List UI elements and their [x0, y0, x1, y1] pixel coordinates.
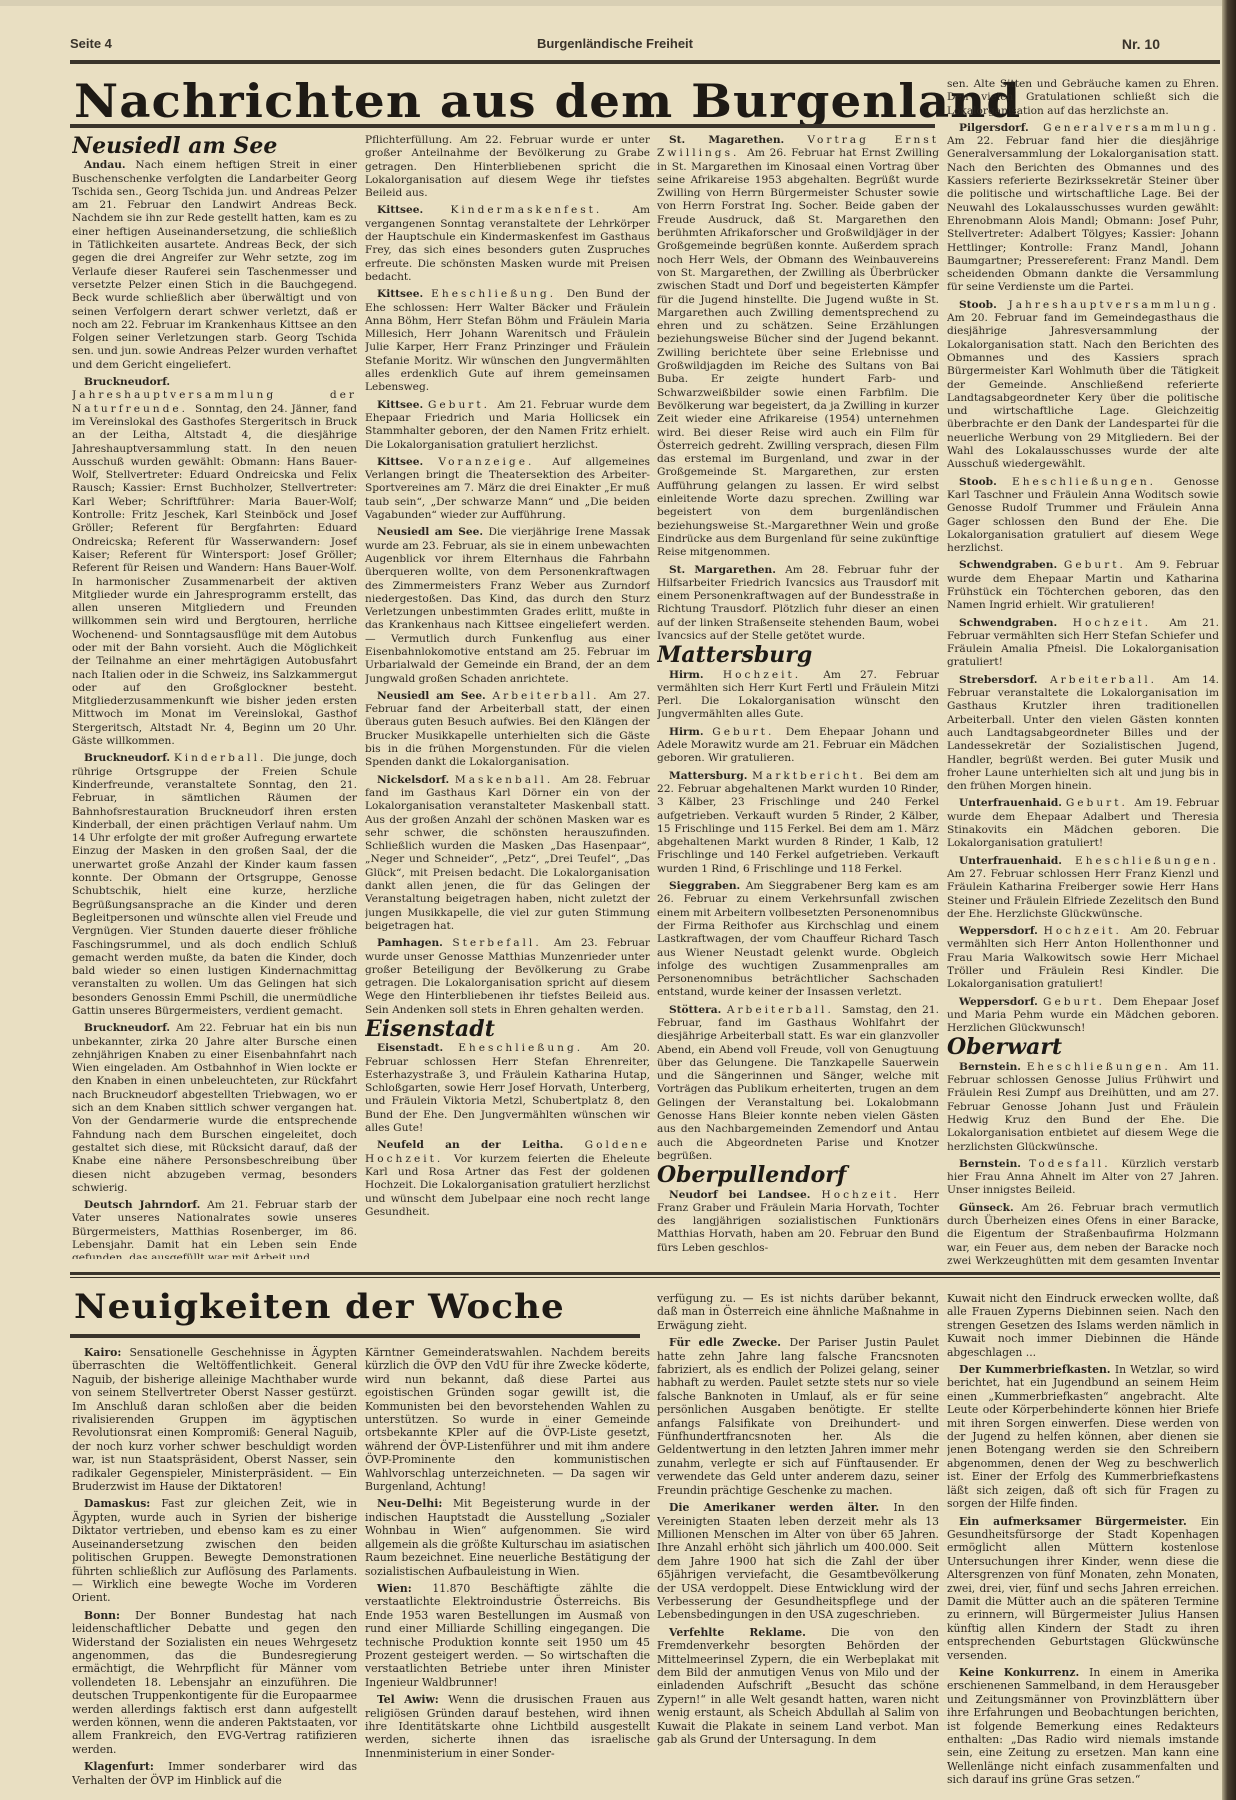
news-item: Schwendgraben. Geburt. Am 9. Februar wur… [947, 559, 1219, 612]
item-text: Am 20. Februar schlossen Herr Stefan Ehr… [365, 1042, 650, 1134]
news-item: Neusiedl am See. Die vierjährige Irene M… [365, 526, 650, 686]
dateline: Bruckneudorf. [84, 1022, 176, 1034]
dateline: Deutsch Jahrndorf. [84, 1199, 207, 1211]
section-heading: Oberwart [947, 1041, 1219, 1054]
top-column-4: sen. Alte Sitten und Gebräuche kamen zu … [947, 78, 1219, 1268]
item-text: Am 28. Februar fand im Gasthaus Karl Dör… [365, 774, 650, 932]
dateline: Bonn: [84, 1609, 135, 1622]
dateline: Andau. [84, 159, 135, 171]
news-item: Bruckneudorf. Am 22. Februar hat ein bis… [72, 1022, 357, 1195]
item-kicker: Eheschließungen. [1012, 476, 1174, 488]
dateline: Mattersburg. [669, 770, 752, 782]
dateline: Schwendgraben. [959, 559, 1064, 571]
dateline: Nickelsdorf. [377, 774, 455, 786]
dateline: Unterfrauenhaid. [959, 855, 1075, 867]
news-item: Pilgersdorf. Generalversammlung. Am 22. … [947, 122, 1219, 295]
banner-neuigkeiten: Neuigkeiten der Woche [74, 1290, 565, 1324]
news-item: Kärntner Gemeinderatswahlen. Nachdem ber… [365, 1346, 650, 1493]
item-text: Am Sieggrabener Berg kam es am 26. Febru… [657, 880, 939, 998]
item-text: Am 11. Februar schlossen Genosse Julius … [947, 1061, 1219, 1153]
dateline: Unterfrauenhaid. [959, 797, 1066, 809]
news-item: Bernstein. Todesfall. Kürzlich verstarb … [947, 1158, 1219, 1198]
dateline: Verfehlte Reklame. [669, 1626, 831, 1639]
news-item: Weppersdorf. Geburt. Dem Ehepaar Josef u… [947, 996, 1219, 1036]
dateline: Neusiedl am See. [377, 526, 488, 538]
page-binding-edge [1222, 0, 1236, 1800]
news-item: Damaskus: Fast zur gleichen Zeit, wie in… [72, 1497, 357, 1604]
dateline: Bruckneudorf. [84, 376, 170, 388]
item-text: Sensationelle Geschehnisse in Ägypten üb… [72, 1346, 357, 1493]
top-column-2: Pflichterfüllung. Am 22. Februar wurde e… [365, 134, 650, 1259]
top-column-3: St. Magarethen. Vortrag Ernst Zwillings.… [657, 134, 939, 1259]
news-item: St. Margarethen. Am 28. Februar fuhr der… [657, 564, 939, 644]
item-text: Am 22. Februar fand hier die diesjährige… [947, 135, 1219, 293]
news-item: Neusiedl am See. Arbeiterball. Am 27. Fe… [365, 690, 650, 770]
item-text: verfügung zu. — Es ist nichts darüber be… [657, 1292, 939, 1332]
item-text: Samstag, den 21. Februar, fand im Gastha… [657, 1004, 939, 1162]
news-item: Bernstein. Eheschließungen. Am 11. Febru… [947, 1061, 1219, 1154]
dateline: Kairo: [84, 1346, 129, 1359]
news-item: Nickelsdorf. Maskenball. Am 28. Februar … [365, 774, 650, 934]
news-item: Neufeld an der Leitha. Goldene Hochzeit.… [365, 1139, 650, 1219]
dateline: Eisenstadt. [377, 1042, 458, 1054]
news-item: Kittsee. Kindermaskenfest. Am vergangene… [365, 204, 650, 284]
section-heading: Eisenstadt [365, 1023, 650, 1036]
item-kicker: Hochzeit. [723, 669, 823, 681]
item-text: Nach einem heftigen Streit in einer Busc… [72, 159, 357, 370]
bottom-column-4: Kuwait nicht den Eindruck erwecken wollt… [947, 1292, 1219, 1786]
news-item: Schwendgraben. Hochzeit. Am 21. Februar … [947, 617, 1219, 670]
news-item: Keine Konkurrenz. In einem in Amerika er… [947, 1666, 1219, 1786]
item-kicker: Eheschließungen. [1027, 1061, 1179, 1073]
dateline: Klagenfurt: [84, 1760, 168, 1773]
item-kicker: Hochzeit. [1044, 925, 1131, 937]
news-item: Unterfrauenhaid. Eheschließungen. Am 27.… [947, 855, 1219, 921]
item-kicker: Maskenball. [455, 774, 562, 786]
news-item: Deutsch Jahrndorf. Am 21. Februar starb … [72, 1199, 357, 1259]
dateline: Schwendgraben. [959, 617, 1073, 629]
dateline: Neu-Delhi: [377, 1497, 453, 1510]
news-item: Kuwait nicht den Eindruck erwecken wollt… [947, 1292, 1219, 1359]
item-kicker: Eheschließung. [431, 288, 567, 300]
dateline: Kittsee. [377, 204, 450, 216]
news-item: Strebersdorf. Arbeiterball. Am 14. Febru… [947, 674, 1219, 794]
dateline: Kittsee. [377, 399, 428, 411]
news-item: Tel Awiw: Wenn die drusischen Frauen aus… [365, 1693, 650, 1760]
section-divider-2 [70, 1277, 1220, 1278]
dateline: Strebersdorf. [959, 674, 1050, 686]
news-item: verfügung zu. — Es ist nichts darüber be… [657, 1292, 939, 1332]
news-item: Bruckneudorf. Kinderball. Die junge, doc… [72, 752, 357, 1018]
dateline: Für edle Zwecke. [669, 1336, 790, 1349]
news-item: Hirm. Geburt. Dem Ehepaar Johann und Ade… [657, 726, 939, 766]
news-item: Für edle Zwecke. Der Pariser Justin Paul… [657, 1336, 939, 1497]
news-item: St. Magarethen. Vortrag Ernst Zwillings.… [657, 134, 939, 560]
news-item: Weppersdorf. Hochzeit. Am 20. Februar ve… [947, 925, 1219, 991]
dateline: Neudorf bei Landsee. [669, 1189, 821, 1201]
banner-rule-bottom [70, 1334, 640, 1338]
dateline: Keine Konkurrenz. [959, 1666, 1089, 1679]
item-text: Den Bund der Ehe schlossen: Herr Walter … [365, 288, 650, 393]
item-kicker: Geburt. [712, 726, 785, 738]
item-kicker: Hochzeit. [1073, 617, 1169, 629]
item-kicker: Geburt. [1043, 996, 1113, 1008]
dateline: Stoob. [959, 476, 1012, 488]
dateline: Hirm. [669, 726, 712, 738]
dateline: Günseck. [959, 1202, 1022, 1214]
item-kicker: Eheschließungen. [1075, 855, 1219, 867]
dateline: Tel Awiw: [377, 1693, 448, 1706]
top-column-1: Neusiedl am SeeAndau. Nach einem heftige… [72, 134, 357, 1259]
item-kicker: Sterbefall. [452, 937, 554, 949]
news-item: Bruckneudorf. Jahreshauptversammlung der… [72, 376, 357, 748]
news-item: Wien: 11.870 Beschäftigte zählte die ver… [365, 1582, 650, 1689]
news-item: Neu-Delhi: Mit Begeisterung wurde in der… [365, 1497, 650, 1577]
dateline: Damaskus: [84, 1497, 161, 1510]
item-text: Sonntag, den 24. Jänner, fand im Vereins… [72, 403, 357, 747]
item-text: Der Pariser Justin Paulet hatte zehn Jah… [657, 1336, 939, 1496]
dateline: Neufeld an der Leitha. [377, 1139, 585, 1151]
item-text: Am 27. Februar schlossen Herr Franz Kien… [947, 868, 1219, 920]
dateline: Stöttera. [669, 1004, 727, 1016]
news-item: Stoob. Jahreshauptversammlung. Am 20. Fe… [947, 299, 1219, 472]
header-rule [70, 60, 1220, 64]
item-text: Ein Gesundheitsfürsorge der Stadt Kopenh… [947, 1515, 1219, 1662]
banner-nachrichten: Nachrichten aus dem Burgenland [74, 78, 1021, 124]
section-heading: Mattersburg [657, 649, 939, 662]
news-item: Unterfrauenhaid. Geburt. Am 19. Februar … [947, 797, 1219, 850]
dateline: St. Margarethen. [669, 564, 785, 576]
news-item: sen. Alte Sitten und Gebräuche kamen zu … [947, 78, 1219, 118]
banner-rule-top [70, 124, 935, 128]
item-text: Bei dem am 22. Februar abgehaltenen Mark… [657, 770, 939, 875]
bottom-column-3: verfügung zu. — Es ist nichts darüber be… [657, 1292, 939, 1786]
dateline: Sieggraben. [669, 880, 746, 892]
item-text: Am 20. Februar fand im Gemeindegasthaus … [947, 312, 1219, 470]
item-kicker: Arbeiterball. [493, 690, 609, 702]
item-kicker: Eheschließung. [458, 1042, 601, 1054]
news-item: Stöttera. Arbeiterball. Samstag, den 21.… [657, 1004, 939, 1164]
item-text: Pflichterfüllung. Am 22. Februar wurde e… [365, 134, 650, 199]
news-item: Bonn: Der Bonner Bundestag hat nach leid… [72, 1609, 357, 1756]
scan-top-strip [0, 0, 1236, 6]
item-kicker: Kinderball. [174, 752, 273, 764]
item-text: Die von den Fremdenverkehr besorgten Beh… [657, 1626, 939, 1746]
news-item: Pflichterfüllung. Am 22. Februar wurde e… [365, 134, 650, 200]
item-kicker: Generalversammlung. [1043, 122, 1219, 134]
item-kicker: Arbeiterball. [727, 1004, 842, 1016]
news-item: Pamhagen. Sterbefall. Am 23. Februar wur… [365, 937, 650, 1017]
dateline: Hirm. [669, 669, 723, 681]
dateline: St. Magarethen. [669, 134, 807, 146]
news-item: Die Amerikaner werden älter. In den Vere… [657, 1501, 939, 1622]
news-item: Ein aufmerksamer Bürgermeister. Ein Gesu… [947, 1515, 1219, 1662]
item-kicker: Voranzeige. [438, 456, 552, 468]
news-item: Kairo: Sensationelle Geschehnisse in Ägy… [72, 1346, 357, 1493]
item-text: Kärntner Gemeinderatswahlen. Nachdem ber… [365, 1346, 650, 1493]
item-kicker: Arbeiterball. [1050, 674, 1172, 686]
item-text: 11.870 Beschäftigte zählte die verstaatl… [365, 1582, 650, 1689]
item-kicker: Kindermaskenfest. [450, 204, 632, 216]
dateline: Bruckneudorf. [84, 752, 174, 764]
dateline: Die Amerikaner werden älter. [669, 1501, 894, 1514]
news-item: Klagenfurt: Immer sonderbarer wird das V… [72, 1760, 357, 1786]
news-item: Andau. Nach einem heftigen Streit in ein… [72, 159, 357, 372]
section-heading: Oberpullendorf [657, 1169, 939, 1182]
bottom-column-2: Kärntner Gemeinderatswahlen. Nachdem ber… [365, 1346, 650, 1786]
item-text: Am 14. Februar veranstaltete die Lokalor… [947, 674, 1219, 792]
news-item: Kittsee. Geburt. Am 21. Februar wurde de… [365, 399, 650, 452]
dateline: Bernstein. [959, 1061, 1027, 1073]
item-text: Fast zur gleichen Zeit, wie in Ägypten, … [72, 1497, 357, 1604]
dateline: Neusiedl am See. [377, 690, 493, 702]
item-kicker: Jahreshauptversammlung. [1008, 299, 1219, 311]
news-item: Der Kummerbriefkasten. In Wetzlar, so wi… [947, 1363, 1219, 1510]
section-divider [70, 1272, 1220, 1275]
dateline: Ein aufmerksamer Bürgermeister. [959, 1515, 1201, 1528]
item-text: In den Vereinigten Staaten leben derzeit… [657, 1501, 939, 1621]
news-item: Stoob. Eheschließungen. Genosse Karl Tas… [947, 476, 1219, 556]
news-item: Kittsee. Eheschließung. Den Bund der Ehe… [365, 288, 650, 394]
item-kicker: Marktbericht. [752, 770, 873, 782]
item-text: Am 26. Februar hat Ernst Zwilling in St.… [657, 147, 939, 558]
bottom-column-1: Kairo: Sensationelle Geschehnisse in Ägy… [72, 1346, 357, 1786]
item-text: Die vierjährige Irene Massak wurde am 23… [365, 526, 650, 684]
item-text: In Wetzlar, so wird berichtet, hat ein J… [947, 1363, 1219, 1510]
newspaper-title: Burgenländische Freiheit [70, 36, 1160, 51]
item-text: In einem in Amerika erschienenen Sammelb… [947, 1666, 1219, 1786]
news-item: Sieggraben. Am Sieggrabener Berg kam es … [657, 880, 939, 1000]
news-item: Mattersburg. Marktbericht. Bei dem am 22… [657, 770, 939, 876]
dateline: Kittsee. [377, 288, 431, 300]
item-kicker: Hochzeit. [821, 1189, 913, 1201]
item-text: Am 22. Februar hat ein bis nun unbekannt… [72, 1022, 357, 1194]
issue-number: Nr. 10 [1122, 36, 1160, 52]
item-text: Kuwait nicht den Eindruck erwecken wollt… [947, 1292, 1219, 1359]
item-kicker: Geburt. [1066, 797, 1135, 809]
news-item: Günseck. Am 26. Februar brach vermutlich… [947, 1202, 1219, 1268]
item-text: Die junge, doch rührige Ortsgruppe der F… [72, 752, 357, 1017]
item-kicker: Geburt. [1064, 559, 1135, 571]
dateline: Der Kummerbriefkasten. [959, 1363, 1115, 1376]
dateline: Pamhagen. [377, 937, 452, 949]
dateline: Stoob. [959, 299, 1008, 311]
news-item: Kittsee. Voranzeige. Auf allgemeines Ver… [365, 456, 650, 522]
news-item: Verfehlte Reklame. Die von den Fremdenve… [657, 1626, 939, 1747]
item-text: Der Bonner Bundestag hat nach leidenscha… [72, 1609, 357, 1756]
running-head: Seite 4 Burgenländische Freiheit Nr. 10 [70, 36, 1160, 58]
item-text: sen. Alte Sitten und Gebräuche kamen zu … [947, 78, 1219, 117]
dateline: Weppersdorf. [959, 996, 1043, 1008]
news-item: Hirm. Hochzeit. Am 27. Februar vermählte… [657, 669, 939, 722]
item-kicker: Todesfall. [1029, 1158, 1121, 1170]
section-heading: Neusiedl am See [72, 140, 357, 153]
dateline: Pilgersdorf. [959, 122, 1043, 134]
dateline: Wien: [377, 1582, 432, 1595]
dateline: Bernstein. [959, 1158, 1029, 1170]
news-item: Neudorf bei Landsee. Hochzeit. Herr Fran… [657, 1189, 939, 1255]
item-kicker: Geburt. [428, 399, 497, 411]
news-item: Eisenstadt. Eheschließung. Am 20. Februa… [365, 1042, 650, 1135]
dateline: Weppersdorf. [959, 925, 1044, 937]
dateline: Kittsee. [377, 456, 438, 468]
